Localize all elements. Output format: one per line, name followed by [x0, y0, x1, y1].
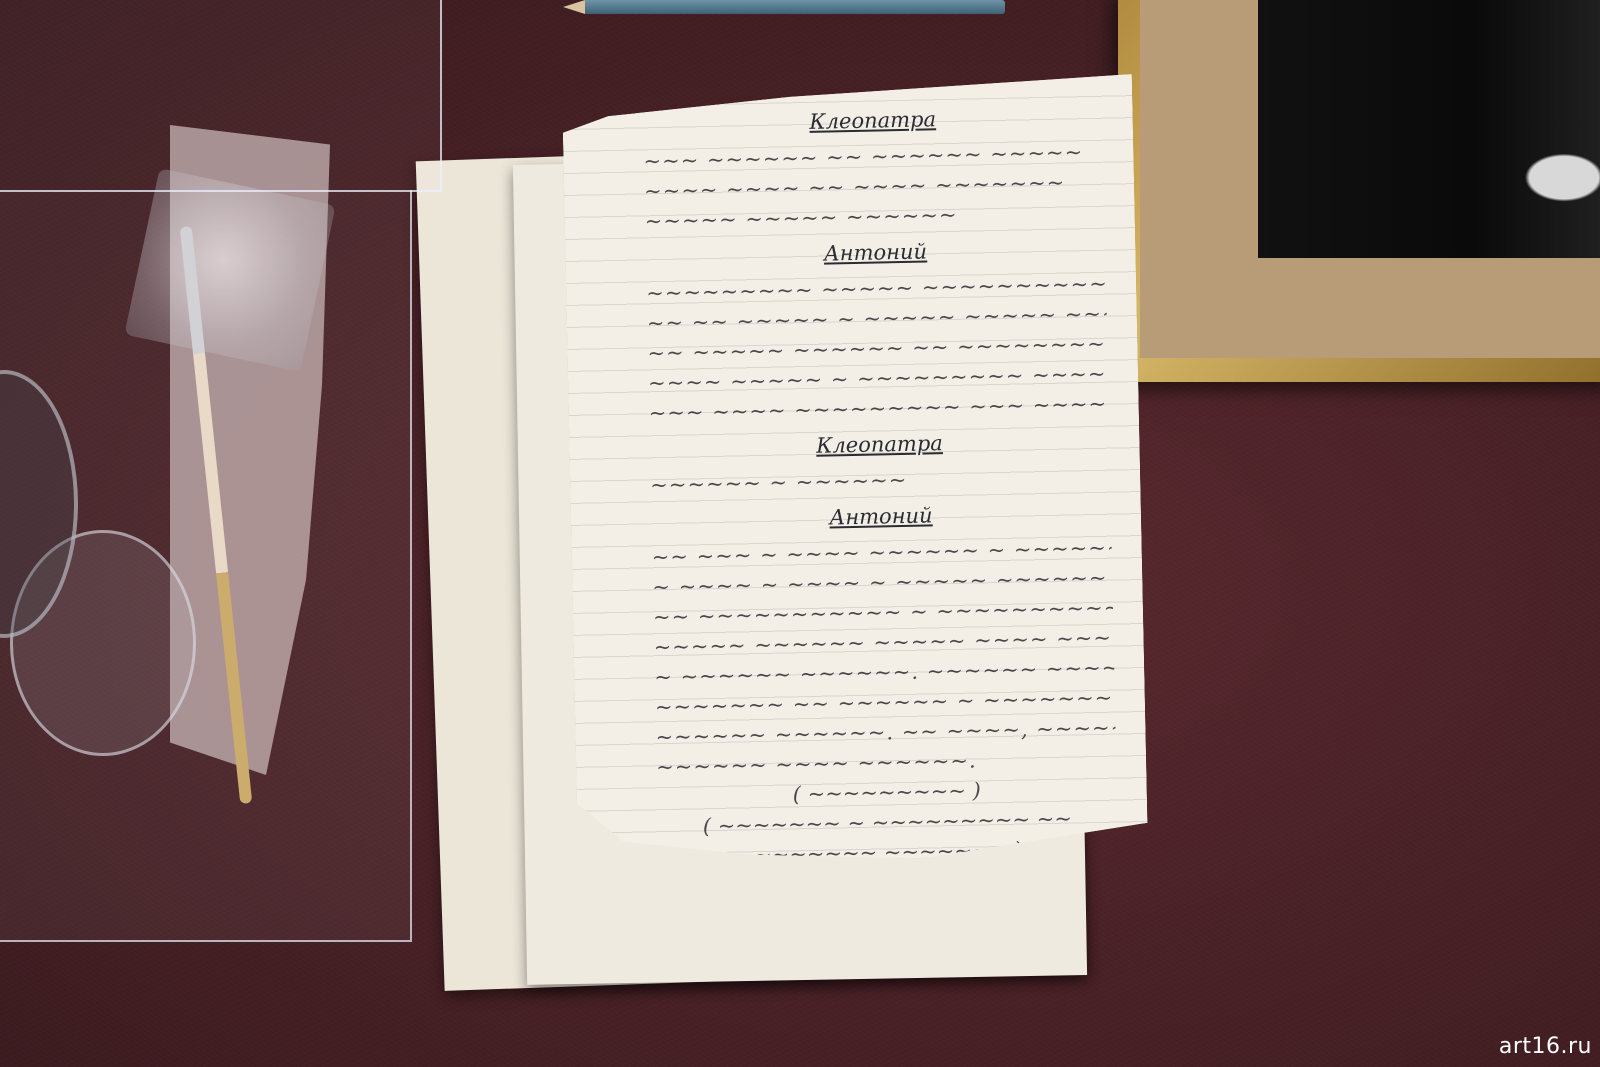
- manuscript-text: Клеопатра ~~~ ~~~~~~ ~~ ~~~~~~ ~~~~~ ~~~…: [642, 95, 1119, 944]
- manuscript-line: ~~~~~~ ~ ~~~~~~: [650, 461, 1111, 501]
- pencil: [585, 0, 1005, 14]
- manuscript-heading: Антоний: [645, 233, 1106, 273]
- case-front-panel: [0, 190, 412, 942]
- picture-frame: [1118, 0, 1600, 382]
- manuscript-heading: Антоний: [651, 497, 1112, 537]
- manuscript-heading: Клеопатра: [649, 425, 1110, 465]
- desk-scene: Клеопатра ~~~ ~~~~~~ ~~ ~~~~~~ ~~~~~ ~~~…: [0, 0, 1600, 1067]
- case-top-panel: [0, 0, 442, 192]
- frame-mat: [1140, 0, 1600, 358]
- acrylic-display-case: [0, 0, 440, 940]
- manuscript-sheet-main: Клеопатра ~~~ ~~~~~~ ~~ ~~~~~~ ~~~~~ ~~~…: [562, 74, 1148, 866]
- manuscript-heading: Клеопатра: [642, 101, 1103, 141]
- watermark: art16.ru: [1499, 1034, 1592, 1059]
- black-and-white-photograph: [1258, 0, 1600, 258]
